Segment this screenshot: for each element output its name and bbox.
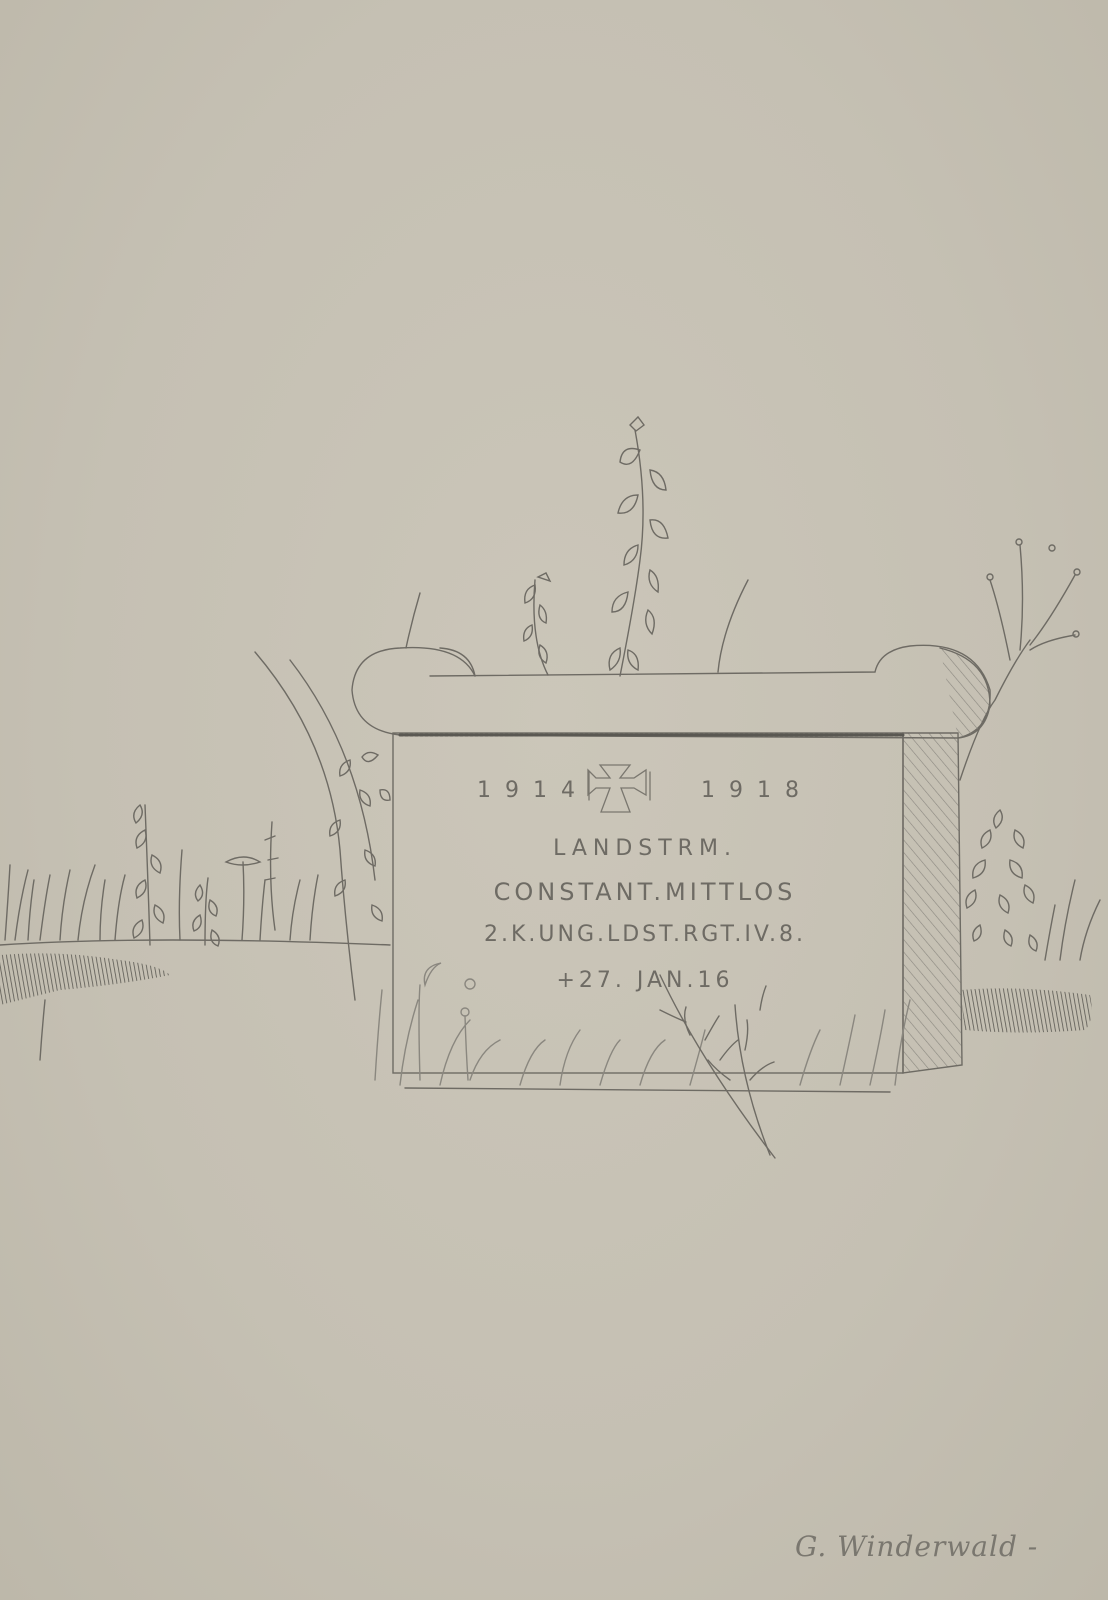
inscription-line-date: +27. JAN.16 bbox=[400, 968, 890, 993]
inscription-line-rank: LANDSTRM. bbox=[400, 836, 890, 861]
year-end: 1918 bbox=[701, 778, 813, 803]
vine-plant bbox=[406, 417, 748, 676]
artist-signature: G. Winderwald - bbox=[795, 1530, 1038, 1563]
inscription-line-unit: 2.K.UNG.LDST.RGT.IV.8. bbox=[400, 922, 890, 947]
inscription-years: 1914 1918 bbox=[400, 778, 890, 803]
year-start: 1914 bbox=[477, 778, 589, 803]
inscription-line-name: CONSTANT.MITTLOS bbox=[400, 878, 890, 906]
wheat-plant bbox=[660, 975, 775, 1158]
left-shadow-mass bbox=[0, 953, 170, 1060]
right-shrub bbox=[960, 539, 1100, 1033]
headstone bbox=[352, 645, 990, 1092]
left-plants bbox=[0, 652, 390, 1000]
